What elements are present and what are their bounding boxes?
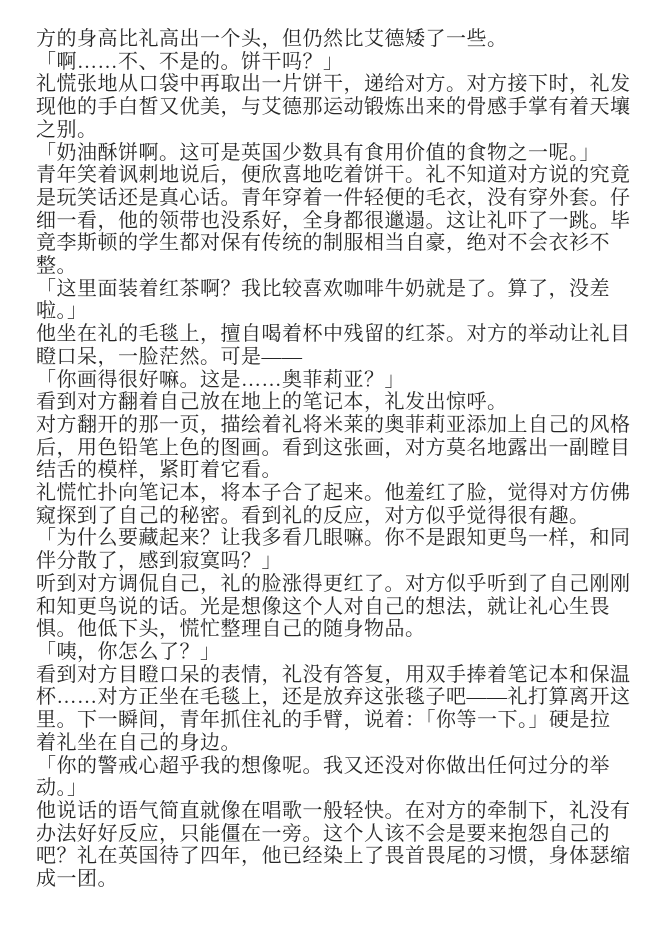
text-line: 礼慌张地从口袋中再取出一片饼干，递给对方。对方接下时，礼发 bbox=[36, 73, 636, 96]
text-line: 结舌的模样，紧盯着它看。 bbox=[36, 459, 636, 482]
text-line: 伴分散了，感到寂寞吗？」 bbox=[36, 550, 636, 573]
text-line: 动。」 bbox=[36, 777, 636, 800]
text-line: 礼慌忙扑向笔记本，将本子合了起来。他羞红了脸，觉得对方仿佛 bbox=[36, 482, 636, 505]
text-line: 细一看，他的领带也没系好，全身都很邋遢。这让礼吓了一跳。毕 bbox=[36, 210, 636, 233]
text-line: 窥探到了自己的秘密。看到礼的反应，对方似乎觉得很有趣。 bbox=[36, 505, 636, 528]
text-line: 和知更鸟说的话。光是想像这个人对自己的想法，就让礼心生畏 bbox=[36, 596, 636, 619]
text-line: 里。下一瞬间，青年抓住礼的手臂，说着：「你等一下。」硬是拉 bbox=[36, 709, 636, 732]
text-line: 整。 bbox=[36, 255, 636, 278]
text-line: 「你画得很好嘛。这是……奥菲莉亚？」 bbox=[36, 369, 636, 392]
text-line: 看到对方目瞪口呆的表情，礼没有答复，用双手捧着笔记本和保温 bbox=[36, 664, 636, 687]
text-line: 他说话的语气简直就像在唱歌一般轻快。在对方的牵制下，礼没有 bbox=[36, 800, 636, 823]
text-line: 「奶油酥饼啊。这可是英国少数具有食用价值的食物之一呢。」 bbox=[36, 142, 636, 165]
text-line: 「咦，你怎么了？」 bbox=[36, 641, 636, 664]
text-line: 后，用色铅笔上色的图画。看到这张画，对方莫名地露出一副瞠目 bbox=[36, 437, 636, 460]
text-line: 听到对方调侃自己，礼的脸涨得更红了。对方似乎听到了自己刚刚 bbox=[36, 573, 636, 596]
text-line: 「这里面装着红茶啊？我比较喜欢咖啡牛奶就是了。算了，没差 bbox=[36, 278, 636, 301]
text-line: 现他的手白皙又优美，与艾德那运动锻炼出来的骨感手掌有着天壤 bbox=[36, 96, 636, 119]
text-line: 着礼坐在自己的身边。 bbox=[36, 732, 636, 755]
text-line: 他坐在礼的毛毯上，擅自喝着杯中残留的红茶。对方的举动让礼目 bbox=[36, 323, 636, 346]
text-line: 青年笑着讽刺地说后，便欣喜地吃着饼干。礼不知道对方说的究竟 bbox=[36, 164, 636, 187]
text-line: 之别。 bbox=[36, 119, 636, 142]
text-line: 惧。他低下头，慌忙整理自己的随身物品。 bbox=[36, 618, 636, 641]
text-line: 「为什么要藏起来？让我多看几眼嘛。你不是跟知更鸟一样，和同 bbox=[36, 527, 636, 550]
text-line: 看到对方翻着自己放在地上的笔记本，礼发出惊呼。 bbox=[36, 391, 636, 414]
text-line: 对方翻开的那一页，描绘着礼将米莱的奥菲莉亚添加上自己的风格 bbox=[36, 414, 636, 437]
text-line: 「啊……不、不是的。饼干吗？」 bbox=[36, 51, 636, 74]
text-line: 「你的警戒心超乎我的想像呢。我又还没对你做出任何过分的举 bbox=[36, 755, 636, 778]
text-line: 杯……对方正坐在毛毯上，还是放弃这张毯子吧——礼打算离开这 bbox=[36, 686, 636, 709]
text-line: 竟李斯顿的学生都对保有传统的制服相当自豪，绝对不会衣衫不 bbox=[36, 232, 636, 255]
text-line: 瞪口呆，一脸茫然。可是—— bbox=[36, 346, 636, 369]
text-line: 吧？礼在英国待了四年，他已经染上了畏首畏尾的习惯，身体瑟缩 bbox=[36, 845, 636, 868]
text-line: 啦。」 bbox=[36, 300, 636, 323]
page: 方的身高比礼高出一个头，但仍然比艾德矮了一些。「啊……不、不是的。饼干吗？」礼慌… bbox=[0, 0, 662, 935]
text-line: 成一团。 bbox=[36, 868, 636, 891]
text-line: 是玩笑话还是真心话。青年穿着一件轻便的毛衣，没有穿外套。仔 bbox=[36, 187, 636, 210]
text-line: 办法好好反应，只能僵在一旁。这个人该不会是要来抱怨自己的 bbox=[36, 823, 636, 846]
novel-text: 方的身高比礼高出一个头，但仍然比艾德矮了一些。「啊……不、不是的。饼干吗？」礼慌… bbox=[36, 28, 636, 891]
text-line: 方的身高比礼高出一个头，但仍然比艾德矮了一些。 bbox=[36, 28, 636, 51]
